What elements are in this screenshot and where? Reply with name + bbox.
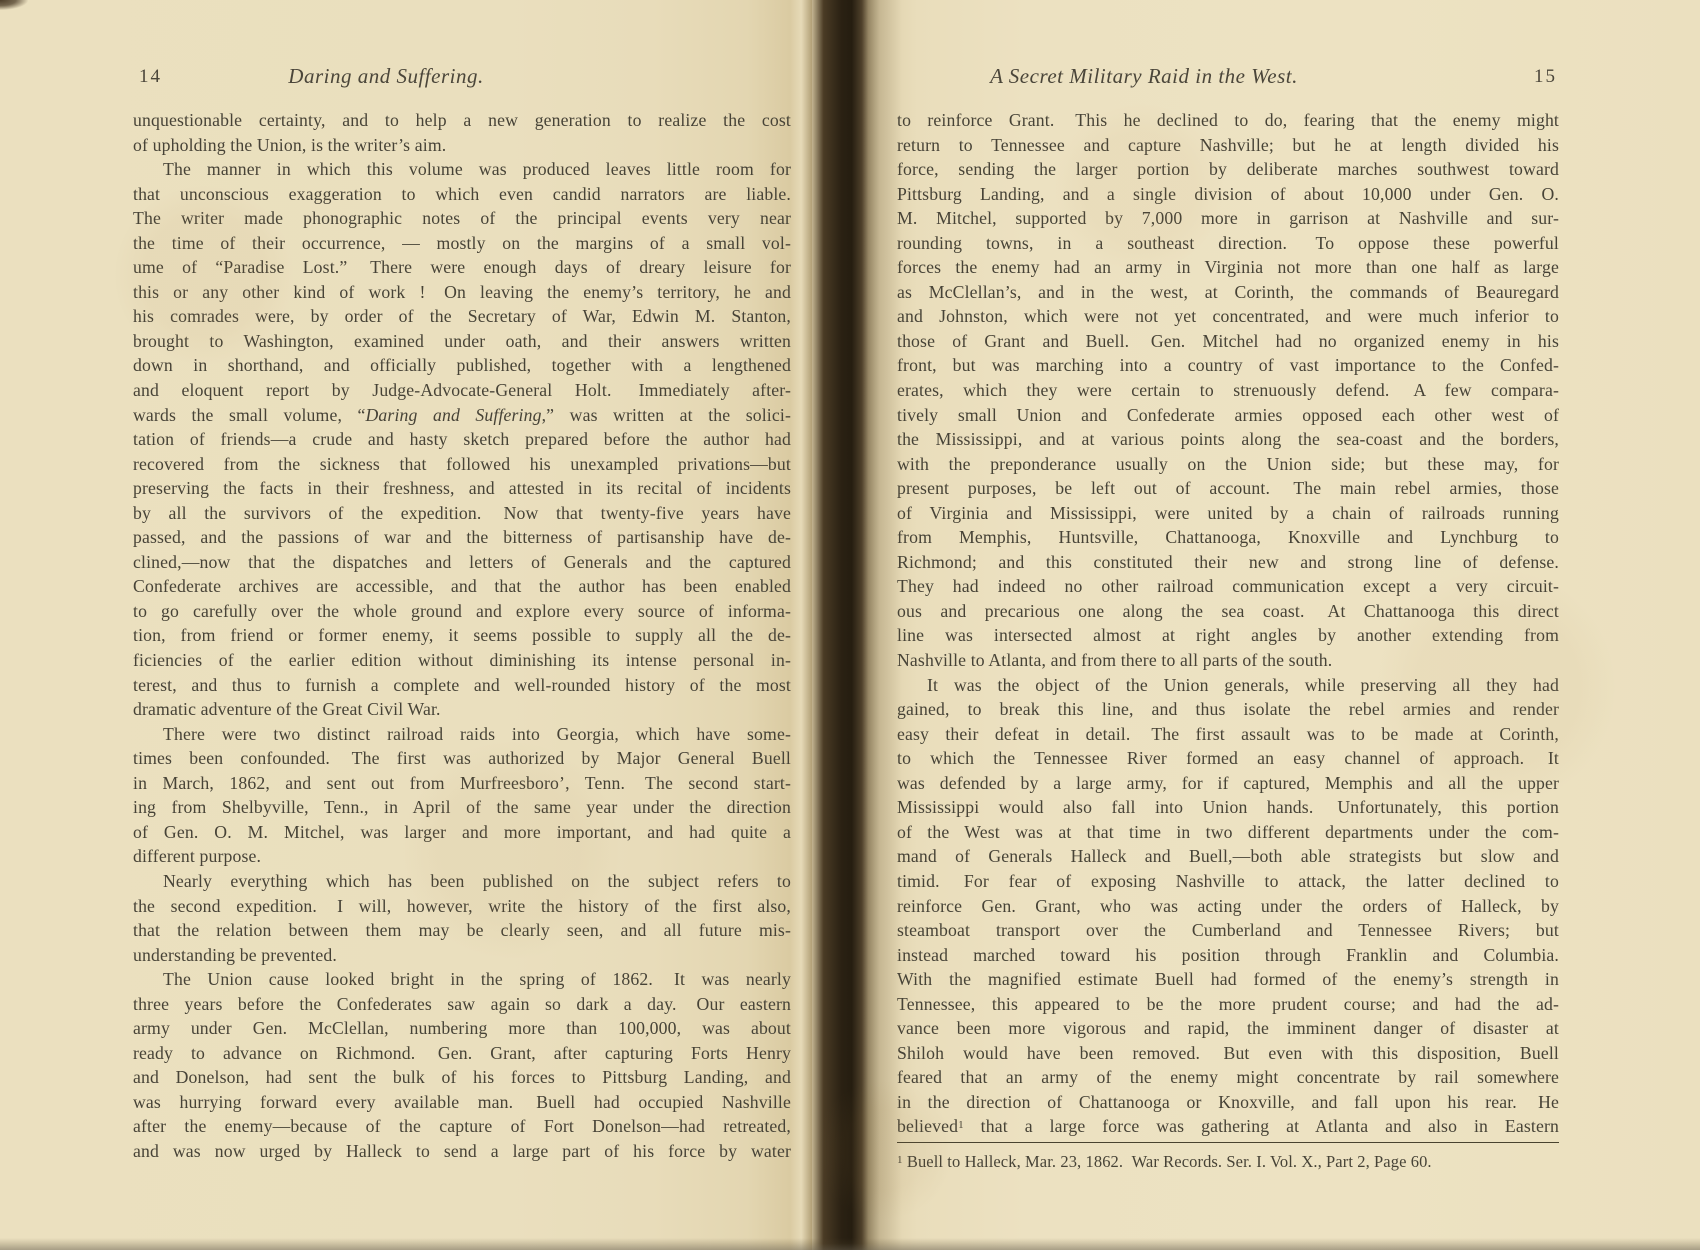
text-line: to which the Tennessee River formed an e… (897, 746, 1559, 771)
text-line: preserving the facts in their freshness,… (133, 476, 791, 501)
text-line: rounding towns, in a southeast direction… (897, 231, 1559, 256)
text-line: ing from Shelbyville, Tenn., in April of… (133, 795, 791, 820)
text-line: in the direction of Chattanooga or Knoxv… (897, 1090, 1559, 1115)
text-line: gained, to break this line, and thus iso… (897, 697, 1559, 722)
text-line: this or any other kind of work ! On leav… (133, 280, 791, 305)
text-line: There were two distinct railroad raids i… (133, 722, 791, 747)
text-line: M. Mitchel, supported by 7,000 more in g… (897, 206, 1559, 231)
text-line: three years before the Confederates saw … (133, 992, 791, 1017)
footnote: 1 Buell to Halleck, Mar. 23, 1862. War R… (897, 1142, 1559, 1172)
text-line: times been confounded. The first was aut… (133, 746, 791, 771)
text-line: the second expedition. I will, however, … (133, 894, 791, 919)
text-line: reinforce Gen. Grant, who was acting und… (897, 894, 1559, 919)
text-line: Confederate archives are accessible, and… (133, 574, 791, 599)
text-line: Mississippi would also fall into Union h… (897, 795, 1559, 820)
text-line: clined,—now that the dispatches and lett… (133, 550, 791, 575)
text-line: dramatic adventure of the Great Civil Wa… (133, 697, 791, 722)
text-line: believed1 that a large force was gatheri… (897, 1114, 1559, 1139)
text-line: The Union cause looked bright in the spr… (133, 967, 791, 992)
text-line: terest, and thus to furnish a complete a… (133, 673, 791, 698)
text-line: after the enemy—because of the capture o… (133, 1114, 791, 1139)
text-line: Pittsburg Landing, and a single division… (897, 182, 1559, 207)
text-line: tively small Union and Confederate armie… (897, 403, 1559, 428)
text-line: ready to advance on Richmond. Gen. Grant… (133, 1041, 791, 1066)
text-line: as McClellan’s, and in the west, at Cori… (897, 280, 1559, 305)
text-line: and Johnston, which were not yet concent… (897, 304, 1559, 329)
text-line: instead marched toward his position thro… (897, 943, 1559, 968)
right-page-header: A Secret Military Raid in the West. 15 (897, 64, 1559, 94)
text-line: force, sending the larger portion by del… (897, 157, 1559, 182)
text-line: of upholding the Union, is the writer’s … (133, 133, 791, 158)
text-line: easy their defeat in detail. The first a… (897, 722, 1559, 747)
text-line: that the relation between them may be cl… (133, 918, 791, 943)
text-line: different purpose. (133, 844, 791, 869)
left-page-text: unquestionable certainty, and to help a … (133, 108, 791, 1164)
text-line: Shiloh would have been removed. But even… (897, 1041, 1559, 1066)
text-line: that unconscious exaggeration to which e… (133, 182, 791, 207)
text-line: It was the object of the Union generals,… (897, 673, 1559, 698)
text-line: They had indeed no other railroad commun… (897, 574, 1559, 599)
text-line: brought to Washington, examined under oa… (133, 329, 791, 354)
text-line: in March, 1862, and sent out from Murfre… (133, 771, 791, 796)
text-line: understanding be prevented. (133, 943, 791, 968)
text-line: the time of their occurrence, — mostly o… (133, 231, 791, 256)
text-line: return to Tennessee and capture Nashvill… (897, 133, 1559, 158)
text-line: down in shorthand, and officially publis… (133, 353, 791, 378)
text-line: wards the small volume, “Daring and Suff… (133, 403, 791, 428)
text-line: army under Gen. McClellan, numbering mor… (133, 1016, 791, 1041)
text-line: vance been more vigorous and rapid, the … (897, 1016, 1559, 1041)
text-line: and Donelson, had sent the bulk of his f… (133, 1065, 791, 1090)
text-line: was defended by a large army, for if cap… (897, 771, 1559, 796)
right-running-title: A Secret Military Raid in the West. (813, 64, 1475, 89)
text-line: Richmond; and this constituted their new… (897, 550, 1559, 575)
text-line: The writer made phonographic notes of th… (133, 206, 791, 231)
right-page-text: to reinforce Grant. This he declined to … (897, 108, 1559, 1139)
text-line: The manner in which this volume was prod… (133, 157, 791, 182)
text-line: recovered from the sickness that followe… (133, 452, 791, 477)
text-line: and eloquent report by Judge-Advocate-Ge… (133, 378, 791, 403)
text-line: steamboat transport over the Cumberland … (897, 918, 1559, 943)
text-line: ous and precarious one along the sea coa… (897, 599, 1559, 624)
text-line: unquestionable certainty, and to help a … (133, 108, 791, 133)
text-line: feared that an army of the enemy might c… (897, 1065, 1559, 1090)
text-line: ume of “Paradise Lost.” There were enoug… (133, 255, 791, 280)
text-line: tion, from friend or former enemy, it se… (133, 623, 791, 648)
text-line: those of Grant and Buell. Gen. Mitchel h… (897, 329, 1559, 354)
text-line: with the preponderance usually on the Un… (897, 452, 1559, 477)
text-line: Nashville to Atlanta, and from there to … (897, 648, 1559, 673)
text-line: of the West was at that time in two diff… (897, 820, 1559, 845)
text-line: mand of Generals Halleck and Buell,—both… (897, 844, 1559, 869)
text-line: and was now urged by Halleck to send a l… (133, 1139, 791, 1164)
text-line: ficiencies of the earlier edition withou… (133, 648, 791, 673)
text-line: front, but was marching into a country o… (897, 353, 1559, 378)
text-line: erates, which they were certain to stren… (897, 378, 1559, 403)
text-line: passed, and the passions of war and the … (133, 525, 791, 550)
text-line: With the magnified estimate Buell had fo… (897, 967, 1559, 992)
text-line: forces the enemy had an army in Virginia… (897, 255, 1559, 280)
text-line: of Virginia and Mississippi, were united… (897, 501, 1559, 526)
left-page: 14 Daring and Suffering. unquestionable … (0, 0, 812, 1250)
text-line: from Memphis, Huntsville, Chattanooga, K… (897, 525, 1559, 550)
right-page: A Secret Military Raid in the West. 15 t… (858, 0, 1700, 1250)
text-line: to reinforce Grant. This he declined to … (897, 108, 1559, 133)
text-line: timid. For fear of exposing Nashville to… (897, 869, 1559, 894)
text-line: line was intersected almost at right ang… (897, 623, 1559, 648)
text-line: to go carefully over the whole ground an… (133, 599, 791, 624)
text-line: the Mississippi, and at various points a… (897, 427, 1559, 452)
right-page-number: 15 (1534, 66, 1557, 88)
text-line: present purposes, be left out of account… (897, 476, 1559, 501)
text-line: Tennessee, this appeared to be the more … (897, 992, 1559, 1017)
text-line: tation of friends—a crude and hasty sket… (133, 427, 791, 452)
text-line: of Gen. O. M. Mitchel, was larger and mo… (133, 820, 791, 845)
left-running-title: Daring and Suffering. (57, 64, 715, 89)
left-page-header: 14 Daring and Suffering. (133, 64, 791, 94)
book-scan: 14 Daring and Suffering. unquestionable … (0, 0, 1700, 1250)
text-line: his comrades were, by order of the Secre… (133, 304, 791, 329)
text-line: by all the survivors of the expedition. … (133, 501, 791, 526)
text-line: Nearly everything which has been publish… (133, 869, 791, 894)
text-line: was hurrying forward every available man… (133, 1090, 791, 1115)
